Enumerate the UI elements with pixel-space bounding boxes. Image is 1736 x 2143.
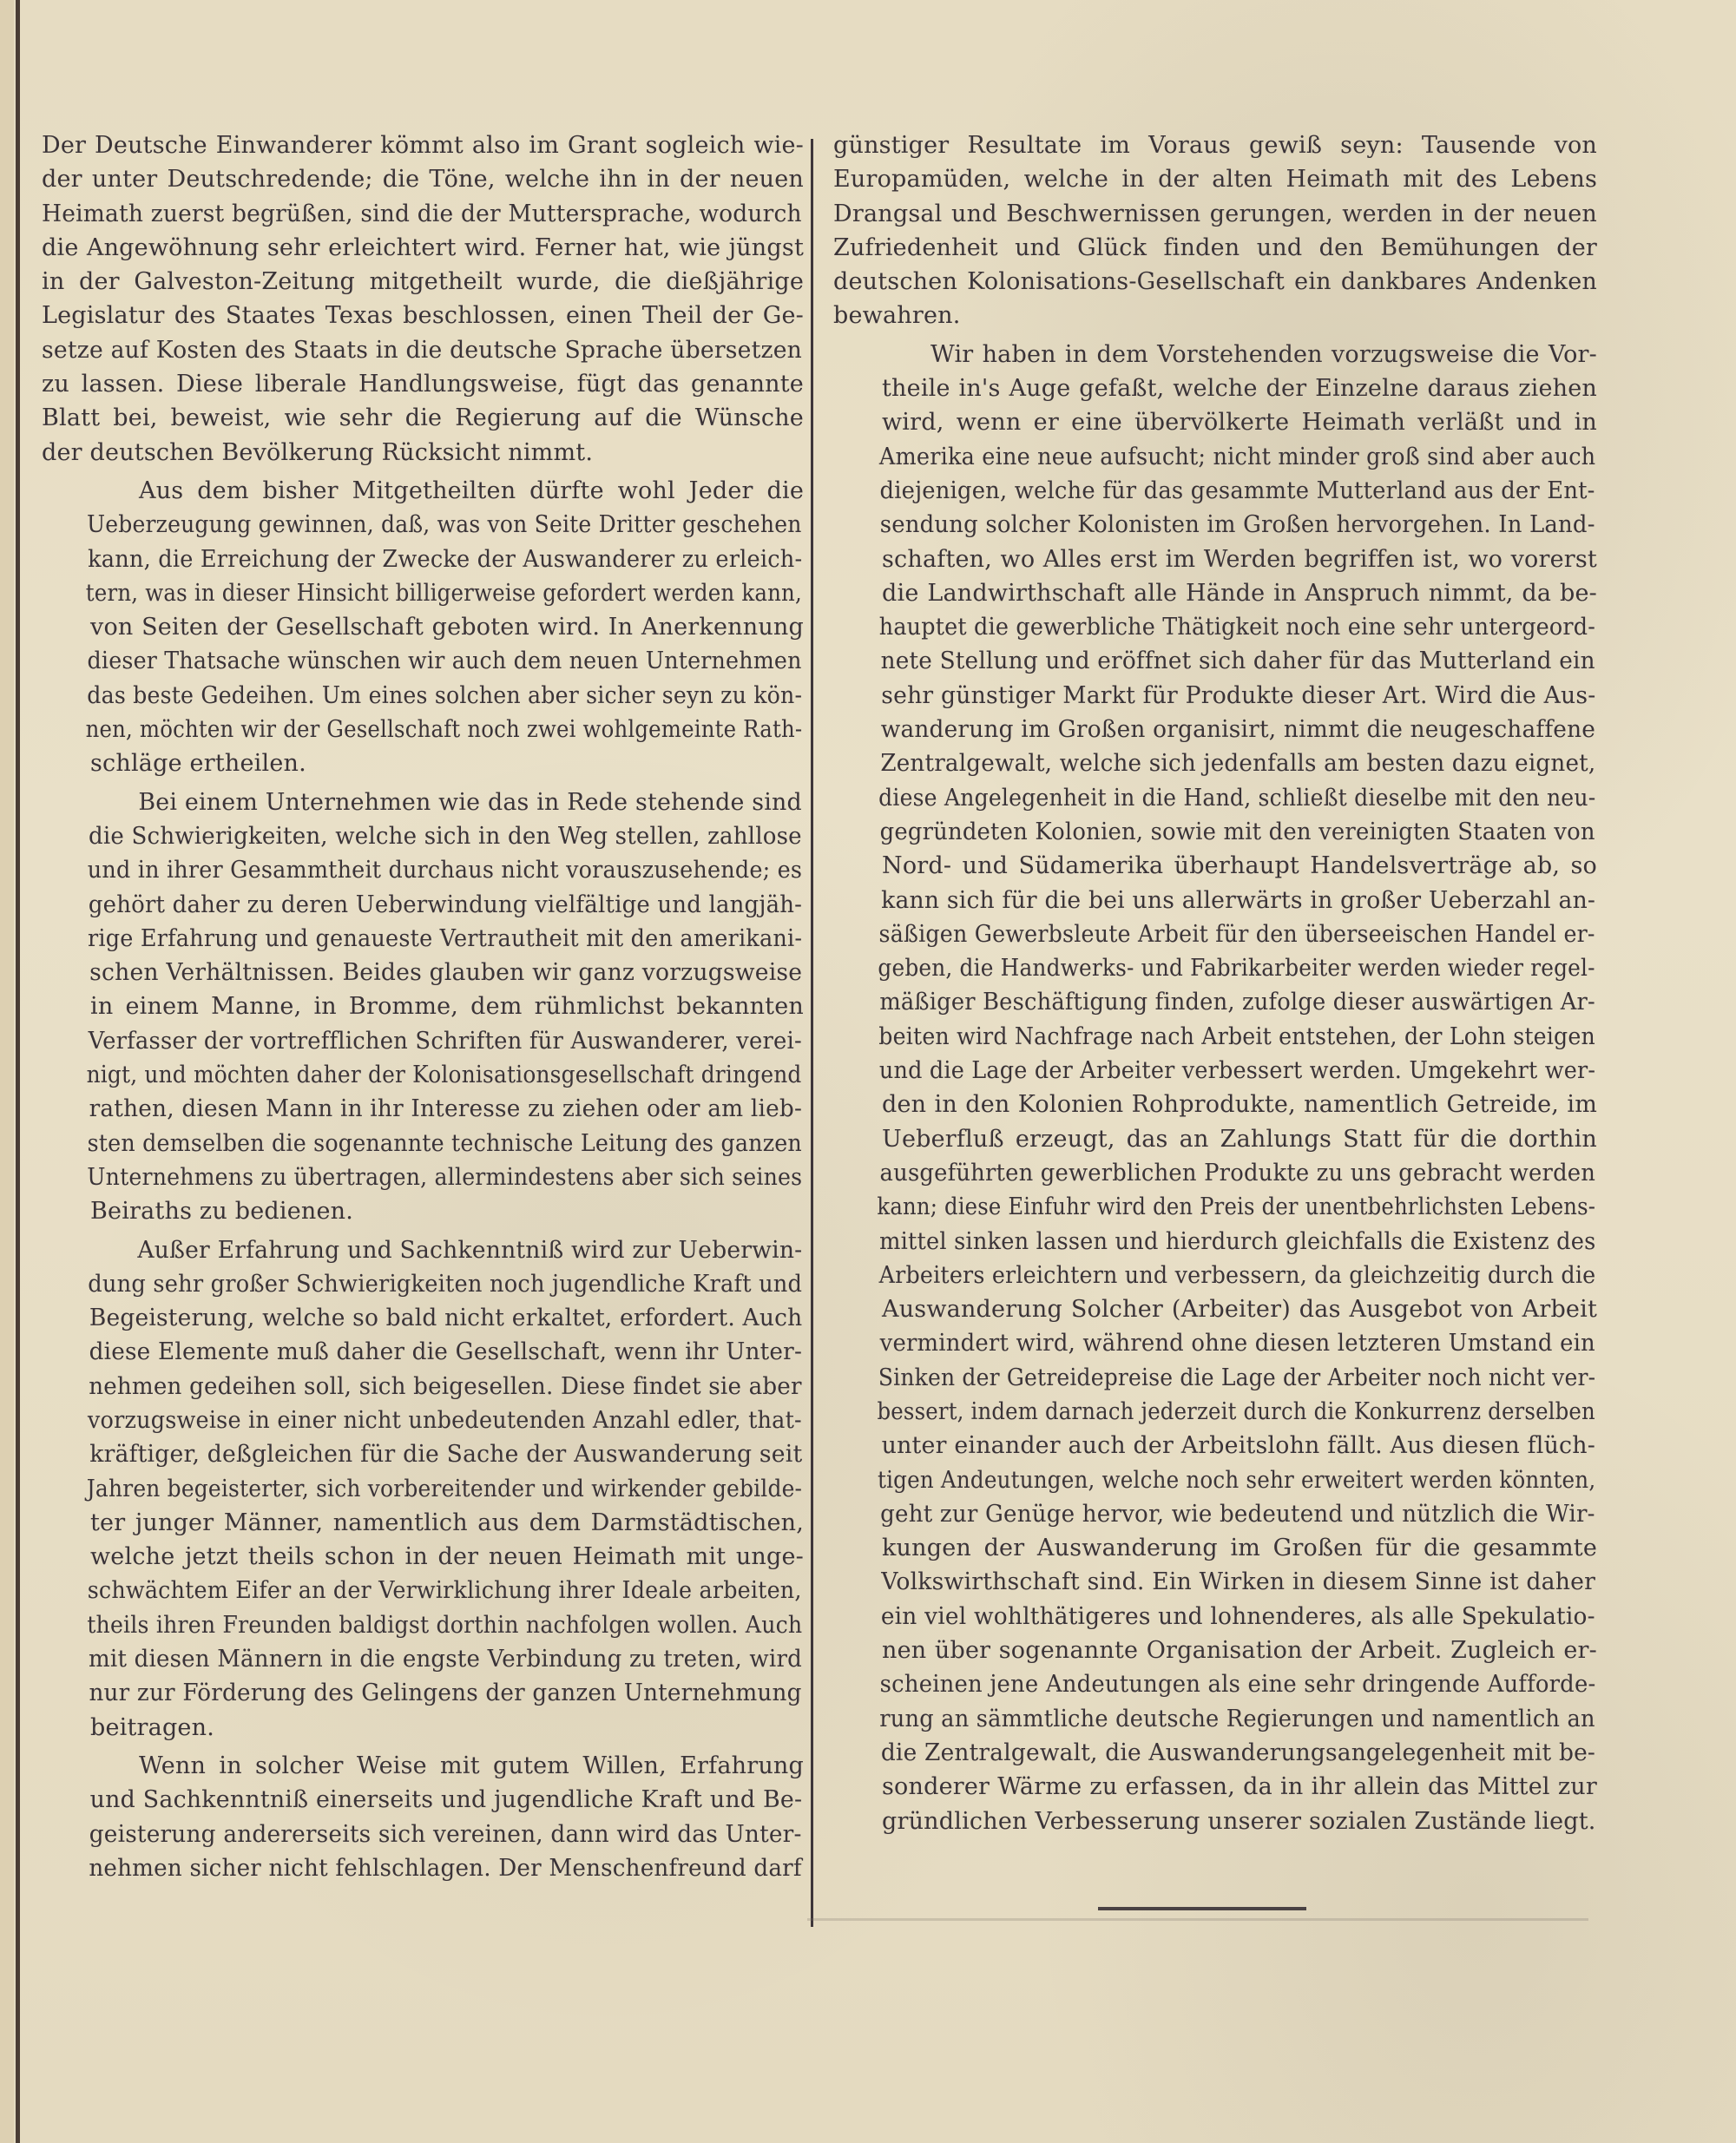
text-line: sehr günstiger Markt für Produkte dieser… (833, 679, 1595, 713)
text-line: Der Deutsche Einwanderer kömmt also im G… (42, 128, 804, 162)
text-line: Auswanderung Solcher (Arbeiter) das Ausg… (833, 1292, 1597, 1326)
text-line: setze auf Kosten des Staats in die deuts… (42, 333, 802, 367)
text-line: gegründeten Kolonien, sowie mit den vere… (833, 815, 1595, 849)
text-line: die Landwirthschaft alle Hände in Anspru… (833, 576, 1597, 610)
text-line: nigt, und möchten daher der Kolonisation… (42, 1058, 802, 1092)
column-divider-rule (811, 139, 813, 1927)
text-line: diejenigen, welche für das gesammte Mutt… (833, 474, 1595, 508)
text-line: nen über sogenannte Organisation der Arb… (833, 1634, 1597, 1667)
text-line: kräftiger, deßgleichen für die Sache der… (42, 1437, 802, 1471)
text-line: zu lassen. Diese liberale Handlungsweise… (42, 367, 804, 401)
text-line: kann; diese Einfuhr wird den Preis der u… (833, 1190, 1595, 1224)
right-text-column: günstiger Resultate im Voraus gewiß seyn… (833, 128, 1597, 1843)
text-line: beitragen. (42, 1711, 804, 1745)
text-line: bessert, indem darnach jederzeit durch d… (833, 1395, 1595, 1429)
paragraph: Der Deutsche Einwanderer kömmt also im G… (42, 128, 804, 470)
text-line: und in ihrer Gesammtheit durchaus nicht … (42, 853, 802, 887)
text-line: rige Erfahrung und genaueste Vertrauthei… (42, 922, 802, 956)
text-line: nehmen gedeihen soll, sich beigesellen. … (42, 1370, 802, 1403)
text-line: tern, was in dieser Hinsicht billigerwei… (42, 576, 802, 610)
text-line: deutschen Kolonisations-Gesellschaft ein… (833, 265, 1597, 299)
text-line: mit diesen Männern in die engste Verbind… (42, 1642, 802, 1676)
text-line: ter junger Männer, namentlich aus dem Da… (42, 1506, 804, 1540)
show-through-rule (807, 1918, 1588, 1921)
text-line: der deutschen Bevölkerung Rücksicht nimm… (42, 436, 804, 470)
text-line: theils ihren Freunden baldigst dorthin n… (42, 1608, 802, 1642)
text-line: kungen der Auswanderung im Großen für di… (833, 1531, 1597, 1565)
text-line: sonderer Wärme zu erfassen, da in ihr al… (833, 1770, 1597, 1804)
text-line: günstiger Resultate im Voraus gewiß seyn… (833, 128, 1597, 162)
text-line: Heimath zuerst begrüßen, sind die der Mu… (42, 197, 802, 231)
text-line: rung an sämmtliche deutsche Regierungen … (833, 1702, 1595, 1736)
paragraph: Außer Erfahrung und Sachkenntniß wird zu… (42, 1233, 804, 1745)
text-line: nur zur Förderung des Gelingens der ganz… (42, 1676, 802, 1710)
text-line: diese Angelegenheit in die Hand, schließ… (833, 781, 1595, 815)
text-line: vorzugsweise in einer nicht unbedeutende… (42, 1403, 802, 1437)
text-line: ein viel wohlthätigeres und lohnenderes,… (833, 1600, 1595, 1634)
text-line: schaften, wo Alles erst im Werden begrif… (833, 542, 1597, 576)
text-line: ausgeführten gewerblichen Produkte zu un… (833, 1156, 1595, 1190)
text-line: das beste Gedeihen. Um eines solchen abe… (42, 679, 802, 713)
text-line: hauptet die gewerbliche Thätigkeit noch … (833, 610, 1595, 644)
text-line: Verfasser der vortrefflichen Schriften f… (42, 1024, 802, 1058)
text-line: Zufriedenheit und Glück finden und den B… (833, 231, 1597, 265)
text-line: Amerika eine neue aufsucht; nicht minder… (833, 440, 1595, 474)
text-line: geben, die Handwerks- und Fabrikarbeiter… (833, 951, 1595, 985)
text-line: dung sehr großer Schwierigkeiten noch ju… (42, 1267, 802, 1301)
text-line: in einem Manne, in Bromme, dem rühmlichs… (42, 989, 804, 1023)
text-line: vermindert wird, während ohne diesen let… (833, 1326, 1595, 1360)
text-line: und die Lage der Arbeiter verbessert wer… (833, 1054, 1595, 1088)
paragraph: Wenn in solcher Weise mit gutem Willen, … (42, 1749, 804, 1885)
text-line: diese Elemente muß daher die Gesellschaf… (42, 1335, 802, 1369)
text-line: die Angewöhnung sehr erleichtert wird. F… (42, 231, 804, 265)
paragraph: Aus dem bisher Mitgetheilten dürfte wohl… (42, 474, 804, 781)
text-line: von Seiten der Gesellschaft geboten wird… (42, 610, 804, 644)
text-line: gehört daher zu deren Ueberwindung vielf… (42, 888, 802, 922)
text-line: Ueberzeugung gewinnen, daß, was von Seit… (42, 508, 802, 542)
text-line: in der Galveston-Zeitung mitgetheilt wur… (42, 265, 804, 299)
text-line: schwächtem Eifer an der Verwirklichung i… (42, 1574, 802, 1607)
text-line: unter einander auch der Arbeitslohn fäll… (833, 1429, 1595, 1463)
text-line: mäßiger Beschäftigung finden, zufolge di… (833, 985, 1595, 1019)
text-line: Nord- und Südamerika überhaupt Handelsve… (833, 849, 1597, 883)
text-line: Aus dem bisher Mitgetheilten dürfte wohl… (42, 474, 804, 508)
paragraph: günstiger Resultate im Voraus gewiß seyn… (833, 128, 1597, 333)
text-line: Ueberfluß erzeugt, das an Zahlungs Statt… (833, 1122, 1597, 1156)
text-line: den in den Kolonien Rohprodukte, namentl… (833, 1088, 1597, 1121)
text-line: Drangsal und Beschwernissen gerungen, we… (833, 197, 1597, 231)
text-line: Arbeiters erleichtern und verbessern, da… (833, 1259, 1595, 1292)
text-line: theile in's Auge gefaßt, welche der Einz… (833, 371, 1597, 405)
text-line: kann sich für die bei uns allerwärts in … (833, 884, 1595, 917)
text-line: gründlichen Verbesserung unserer soziale… (833, 1804, 1597, 1838)
text-line: Wir haben in dem Vorstehenden vorzugswei… (833, 338, 1597, 371)
text-line: schläge ertheilen. (42, 746, 804, 780)
text-line: Volkswirthschaft sind. Ein Wirken in die… (833, 1565, 1595, 1599)
text-line: Legislatur des Staates Texas beschlossen… (42, 299, 804, 332)
text-line: sendung solcher Kolonisten im Großen her… (833, 508, 1595, 542)
text-line: schen Verhältnissen. Beides glauben wir … (42, 956, 802, 989)
text-line: Europamüden, welche in der alten Heimath… (833, 162, 1597, 196)
text-line: wanderung im Großen organisirt, nimmt di… (833, 713, 1595, 746)
text-line: Sinken der Getreidepreise die Lage der A… (833, 1361, 1595, 1395)
text-line: der unter Deutschredende; die Töne, welc… (42, 162, 804, 196)
text-line: Blatt bei, beweist, wie sehr die Regieru… (42, 401, 804, 435)
text-line: Begeisterung, welche so bald nicht erkal… (42, 1301, 802, 1335)
paragraph: Wir haben in dem Vorstehenden vorzugswei… (833, 338, 1597, 1838)
text-line: scheinen jene Andeutungen als eine sehr … (833, 1667, 1595, 1701)
text-line: kann, die Erreichung der Zwecke der Ausw… (42, 542, 802, 576)
text-line: bewahren. (833, 299, 1597, 332)
text-line: rathen, diesen Mann in ihr Interesse zu … (42, 1092, 802, 1126)
text-line: Unternehmens zu übertragen, allermindest… (42, 1160, 802, 1194)
text-line: nehmen sicher nicht fehlschlagen. Der Me… (42, 1851, 802, 1885)
page-left-border-rule (16, 0, 20, 2143)
text-line: dieser Thatsache wünschen wir auch dem n… (42, 644, 802, 678)
text-line: sten demselben die sogenannte technische… (42, 1127, 802, 1160)
text-line: geht zur Genüge hervor, wie bedeutend un… (833, 1497, 1595, 1531)
text-line: tigen Andeutungen, welche noch sehr erwe… (833, 1463, 1595, 1497)
text-line: und Sachkenntniß einerseits und jugendli… (42, 1783, 802, 1817)
text-line: mittel sinken lassen und hierdurch gleic… (833, 1225, 1595, 1259)
text-line: Beiraths zu bedienen. (42, 1194, 804, 1228)
text-line: nen, möchten wir der Gesellschaft noch z… (42, 713, 802, 746)
text-line: die Zentralgewalt, die Auswanderungsange… (833, 1736, 1595, 1770)
text-line: beiten wird Nachfrage nach Arbeit entste… (833, 1020, 1595, 1054)
left-text-column: Der Deutsche Einwanderer kömmt also im G… (42, 128, 804, 1890)
text-line: säßigen Gewerbsleute Arbeit für den über… (833, 917, 1595, 951)
text-line: geisterung andererseits sich vereinen, d… (42, 1818, 802, 1851)
article-end-rule (1098, 1907, 1306, 1910)
page-margin-edge (0, 0, 14, 2143)
text-line: nete Stellung und eröffnet sich daher fü… (833, 644, 1595, 678)
text-line: Zentralgewalt, welche sich jedenfalls am… (833, 746, 1595, 780)
text-line: die Schwierigkeiten, welche sich in den … (42, 819, 802, 853)
text-line: Außer Erfahrung und Sachkenntniß wird zu… (42, 1233, 850, 1267)
text-line: wird, wenn er eine übervölkerte Heimath … (833, 405, 1597, 439)
text-line: Jahren begeisterter, sich vorbereitender… (42, 1472, 802, 1506)
text-line: Bei einem Unternehmen wie das in Rede st… (42, 786, 851, 819)
text-line: Wenn in solcher Weise mit gutem Willen, … (42, 1749, 804, 1783)
paragraph: Bei einem Unternehmen wie das in Rede st… (42, 786, 804, 1229)
text-line: welche jetzt theils schon in der neuen H… (42, 1540, 804, 1574)
